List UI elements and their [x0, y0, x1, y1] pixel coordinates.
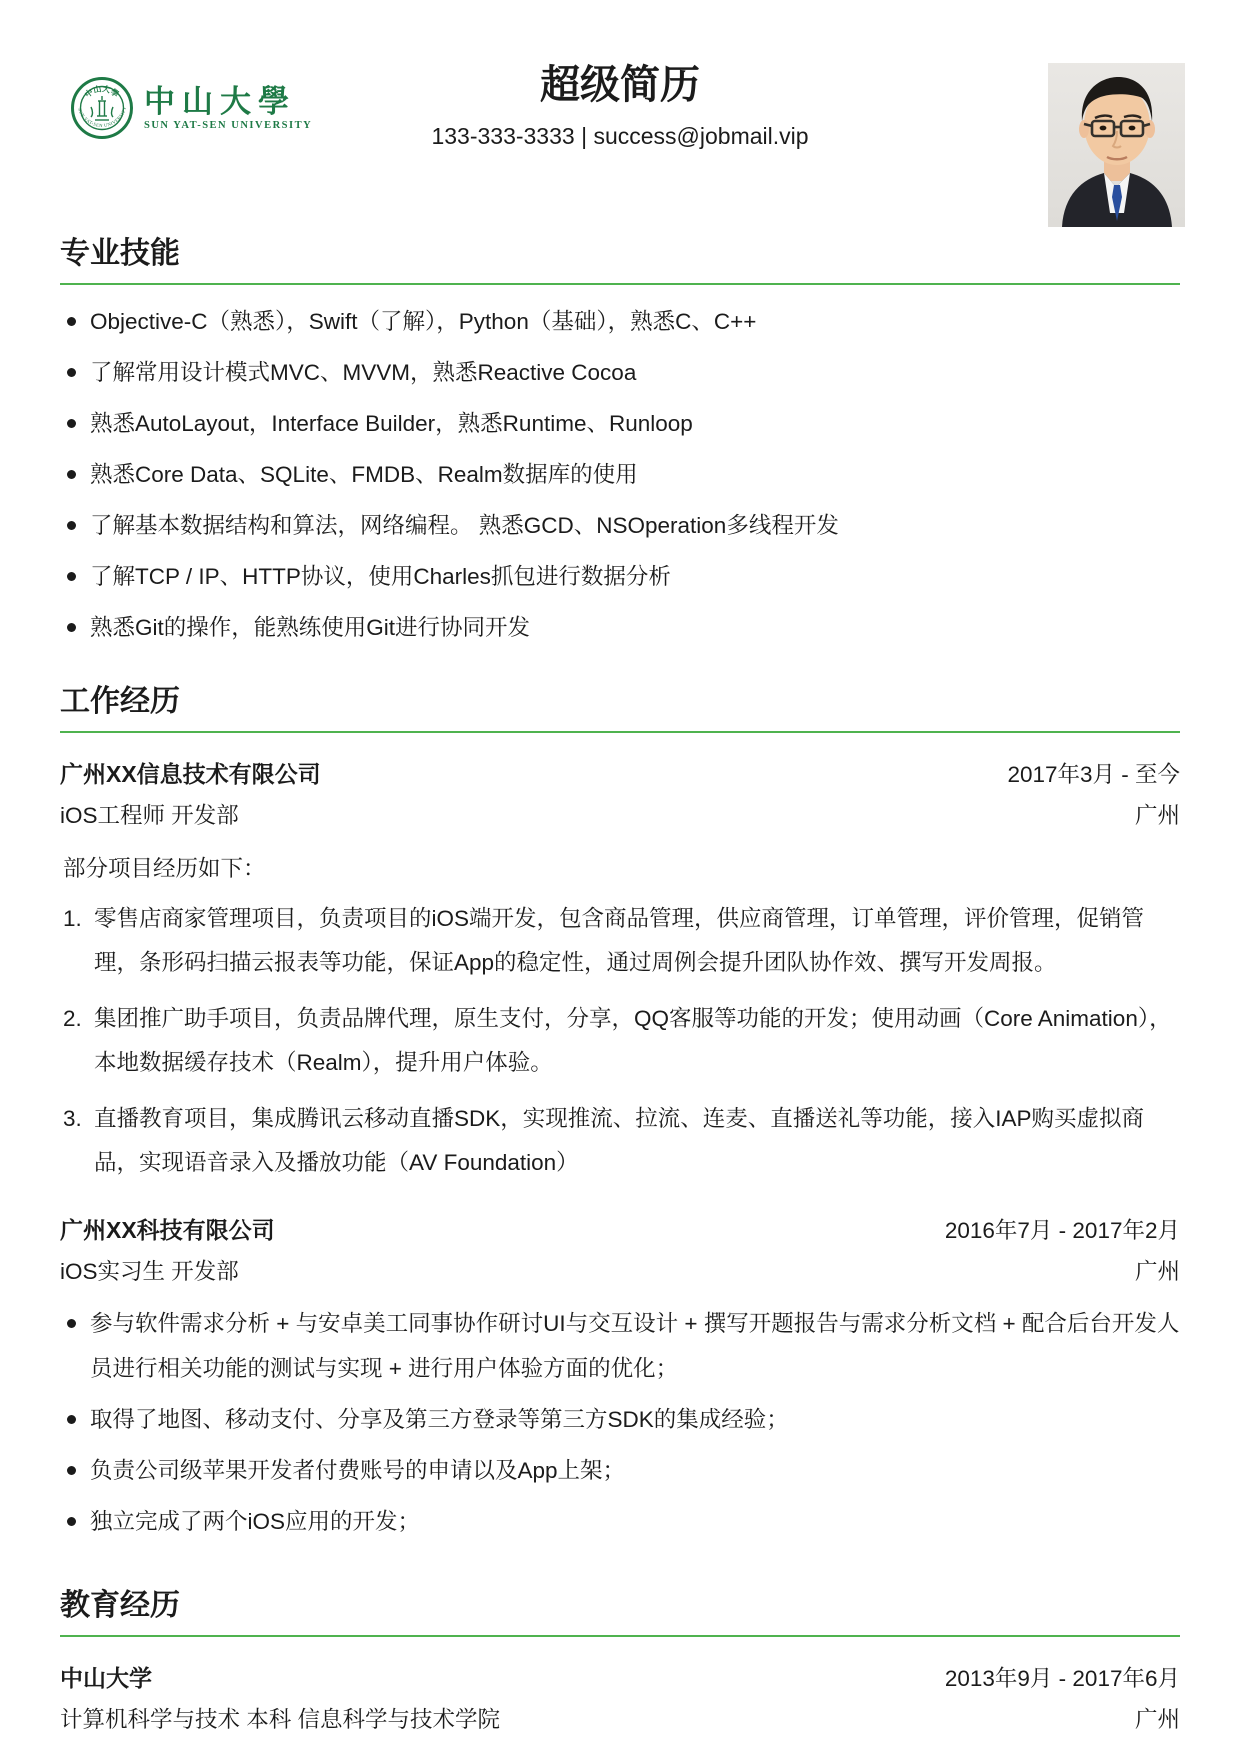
job-meta-row: iOS工程师 开发部 广州: [60, 801, 1180, 831]
education-date: 2013年9月 - 2017年6月: [945, 1664, 1180, 1694]
job-bullet-item: 取得了地图、移动支付、分享及第三方登录等第三方SDK的集成经验；: [60, 1397, 1180, 1442]
job-location: 广州: [1135, 1257, 1180, 1287]
skills-heading: 专业技能: [60, 236, 1180, 285]
university-name-en: SUN YAT-SEN UNIVERSITY: [144, 120, 312, 131]
section-education: 教育经历 中山大学 2013年9月 - 2017年6月 计算机科学与技术 本科 …: [60, 1588, 1180, 1735]
company-name: 广州XX科技有限公司: [60, 1215, 275, 1245]
project-list: 零售店商家管理项目，负责项目的iOS端开发，包含商品管理，供应商管理，订单管理，…: [60, 897, 1180, 1185]
resume-page: 中山大學 SUN YAT-SEN UNIVERSITY 中山大學: [0, 0, 1240, 1755]
skill-item: 了解常用设计模式MVC、MVVM，熟悉Reactive Cocoa: [60, 350, 1180, 395]
job-entry-2: 广州XX科技有限公司 2016年7月 - 2017年2月 iOS实习生 开发部 …: [60, 1215, 1180, 1544]
work-heading: 工作经历: [60, 684, 1180, 733]
job-role: iOS实习生 开发部: [60, 1257, 239, 1287]
section-skills: 专业技能 Objective-C（熟悉），Swift（了解），Python（基础…: [60, 236, 1180, 650]
skill-item: 了解TCP / IP、HTTP协议，使用Charles抓包进行数据分析: [60, 554, 1180, 599]
job-bullet-list: 参与软件需求分析 + 与安卓美工同事协作研讨UI与交互设计 + 撰写开题报告与需…: [60, 1301, 1180, 1544]
resume-header: 中山大學 SUN YAT-SEN UNIVERSITY 中山大學: [0, 0, 1240, 228]
education-detail: 计算机科学与技术 本科 信息科学与技术学院: [60, 1705, 500, 1735]
job-header-row: 广州XX信息技术有限公司 2017年3月 - 至今: [60, 759, 1180, 790]
education-heading: 教育经历: [60, 1588, 1180, 1637]
job-date: 2016年7月 - 2017年2月: [945, 1216, 1180, 1246]
job-bullet-item: 独立完成了两个iOS应用的开发；: [60, 1499, 1180, 1544]
skills-list: Objective-C（熟悉），Swift（了解），Python（基础），熟悉C…: [60, 299, 1180, 650]
job-intro: 部分项目经历如下：: [60, 851, 1180, 883]
job-header-row: 广州XX科技有限公司 2016年7月 - 2017年2月: [60, 1215, 1180, 1246]
project-item: 集团推广助手项目，负责品牌代理，原生支付，分享，QQ客服等功能的开发；使用动画（…: [88, 997, 1180, 1085]
skill-item: 了解基本数据结构和算法，网络编程。 熟悉GCD、NSOperation多线程开发: [60, 503, 1180, 548]
school-name: 中山大学: [60, 1663, 152, 1693]
job-meta-row: iOS实习生 开发部 广州: [60, 1257, 1180, 1287]
project-item: 直播教育项目，集成腾讯云移动直播SDK，实现推流、拉流、连麦、直播送礼等功能，接…: [88, 1097, 1180, 1185]
project-item: 零售店商家管理项目，负责项目的iOS端开发，包含商品管理，供应商管理，订单管理，…: [88, 897, 1180, 985]
skill-item: 熟悉Git的操作，能熟练使用Git进行协同开发: [60, 605, 1180, 650]
education-entry: 中山大学 2013年9月 - 2017年6月 计算机科学与技术 本科 信息科学与…: [60, 1663, 1180, 1735]
university-seal-icon: 中山大學 SUN YAT-SEN UNIVERSITY: [70, 76, 134, 140]
section-work: 工作经历 广州XX信息技术有限公司 2017年3月 - 至今 iOS工程师 开发…: [60, 684, 1180, 1544]
university-logo: 中山大學 SUN YAT-SEN UNIVERSITY 中山大學: [70, 76, 312, 140]
university-name-cn: 中山大學: [144, 86, 312, 117]
job-entry-1: 广州XX信息技术有限公司 2017年3月 - 至今 iOS工程师 开发部 广州 …: [60, 759, 1180, 1185]
job-bullet-item: 负责公司级苹果开发者付费账号的申请以及App上架；: [60, 1448, 1180, 1493]
education-header-row: 中山大学 2013年9月 - 2017年6月: [60, 1663, 1180, 1694]
education-meta-row: 计算机科学与技术 本科 信息科学与技术学院 广州: [60, 1705, 1180, 1735]
education-location: 广州: [1135, 1705, 1180, 1735]
job-role: iOS工程师 开发部: [60, 801, 239, 831]
resume-body: 专业技能 Objective-C（熟悉），Swift（了解），Python（基础…: [0, 236, 1240, 1735]
job-location: 广州: [1135, 801, 1180, 831]
profile-photo: [1048, 63, 1185, 227]
company-name: 广州XX信息技术有限公司: [60, 759, 321, 789]
job-bullet-item: 参与软件需求分析 + 与安卓美工同事协作研讨UI与交互设计 + 撰写开题报告与需…: [60, 1301, 1180, 1391]
portrait-image: [1048, 63, 1185, 227]
skill-item: Objective-C（熟悉），Swift（了解），Python（基础），熟悉C…: [60, 299, 1180, 344]
job-date: 2017年3月 - 至今: [1007, 760, 1180, 790]
skill-item: 熟悉AutoLayout，Interface Builder，熟悉Runtime…: [60, 401, 1180, 446]
university-logo-text: 中山大學 SUN YAT-SEN UNIVERSITY: [144, 86, 312, 131]
skill-item: 熟悉Core Data、SQLite、FMDB、Realm数据库的使用: [60, 452, 1180, 497]
